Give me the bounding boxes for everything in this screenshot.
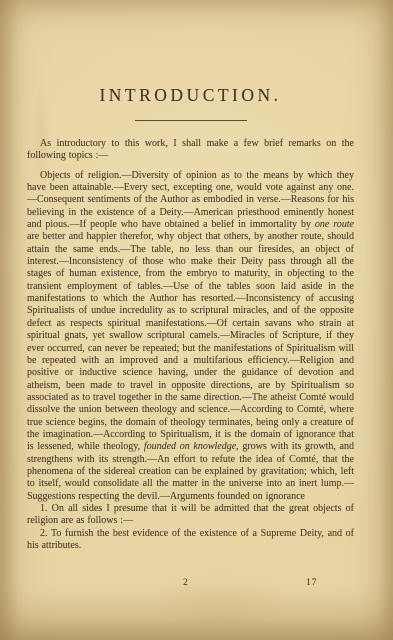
page-title: INTRODUCTION. [27,85,354,106]
intro-paragraph: As introductory to this work, I shall ma… [27,138,354,163]
title-rule [135,120,247,121]
page-number: 17 [306,578,318,588]
topics-segment-italic: one route [315,219,354,230]
signature-mark: 2 [183,578,188,588]
topics-segment-italic: founded on knowledge [144,441,236,452]
text-block: INTRODUCTION. As introductory to this wo… [27,0,354,552]
paper-stain [120,560,320,640]
topics-paragraph: Objects of religion.—Diversity of opinio… [27,170,354,503]
topics-segment: Objects of religion.—Diversity of opinio… [27,170,354,230]
topics-segment: are better and happier therefor, why obj… [27,231,354,452]
numbered-paragraph-1: 1. On all sides I presume that it will b… [27,503,354,528]
numbered-paragraph-2: 2. To furnish the best evidence of the e… [27,528,354,553]
book-page: INTRODUCTION. As introductory to this wo… [0,0,393,640]
